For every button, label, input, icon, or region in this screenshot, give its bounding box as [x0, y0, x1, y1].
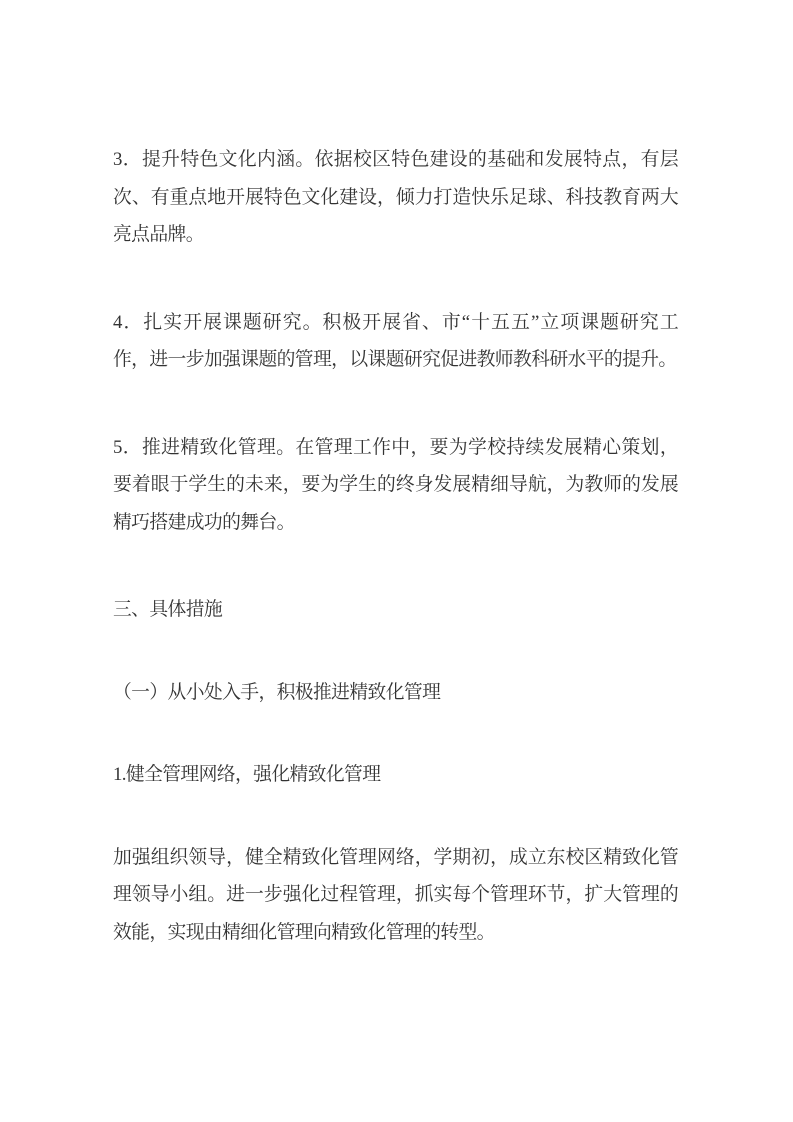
text-line: 3．提升特色文化内涵。依据校区特色建设的基础和发展特点，有层	[113, 141, 678, 179]
text-line: 1.健全管理网络，强化精致化管理	[113, 756, 678, 794]
text-line: 三、具体措施	[113, 591, 678, 629]
text-line: 次、有重点地开展特色文化建设，倾力打造快乐足球、科技教育两大	[113, 179, 678, 217]
paragraph-item-4: 4．扎实开展课题研究。积极开展省、市“十五五”立项课题研究工作，进一步加强课题的…	[113, 304, 678, 379]
paragraph-item-3: 3．提升特色文化内涵。依据校区特色建设的基础和发展特点，有层次、有重点地开展特色…	[113, 141, 678, 254]
text-line: 5．推进精致化管理。在管理工作中，要为学校持续发展精心策划，	[113, 429, 678, 467]
heading-section-three-measures: 三、具体措施	[113, 591, 678, 629]
text-line: （一）从小处入手，积极推进精致化管理	[113, 674, 678, 712]
paragraph-item-5: 5．推进精致化管理。在管理工作中，要为学校持续发展精心策划，要着眼于学生的未来，…	[113, 429, 678, 542]
paragraph-organization-leadership: 加强组织领导，健全精致化管理网络，学期初，成立东校区精致化管理领导小组。进一步强…	[113, 839, 678, 952]
heading-point-1: 1.健全管理网络，强化精致化管理	[113, 756, 678, 794]
text-line: 精巧搭建成功的舞台。	[113, 504, 678, 542]
text-line: 加强组织领导，健全精致化管理网络，学期初，成立东校区精致化管	[113, 839, 678, 877]
text-line: 作，进一步加强课题的管理，以课题研究促进教师教科研水平的提升。	[113, 341, 678, 379]
document-page: 3．提升特色文化内涵。依据校区特色建设的基础和发展特点，有层次、有重点地开展特色…	[0, 0, 793, 1122]
text-line: 理领导小组。进一步强化过程管理，抓实每个管理环节，扩大管理的	[113, 876, 678, 914]
text-line: 效能，实现由精细化管理向精致化管理的转型。	[113, 914, 678, 952]
text-line: 要着眼于学生的未来，要为学生的终身发展精细导航，为教师的发展	[113, 466, 678, 504]
text-line: 4．扎实开展课题研究。积极开展省、市“十五五”立项课题研究工	[113, 304, 678, 342]
text-line: 亮点品牌。	[113, 216, 678, 254]
heading-subsection-one: （一）从小处入手，积极推进精致化管理	[113, 674, 678, 712]
